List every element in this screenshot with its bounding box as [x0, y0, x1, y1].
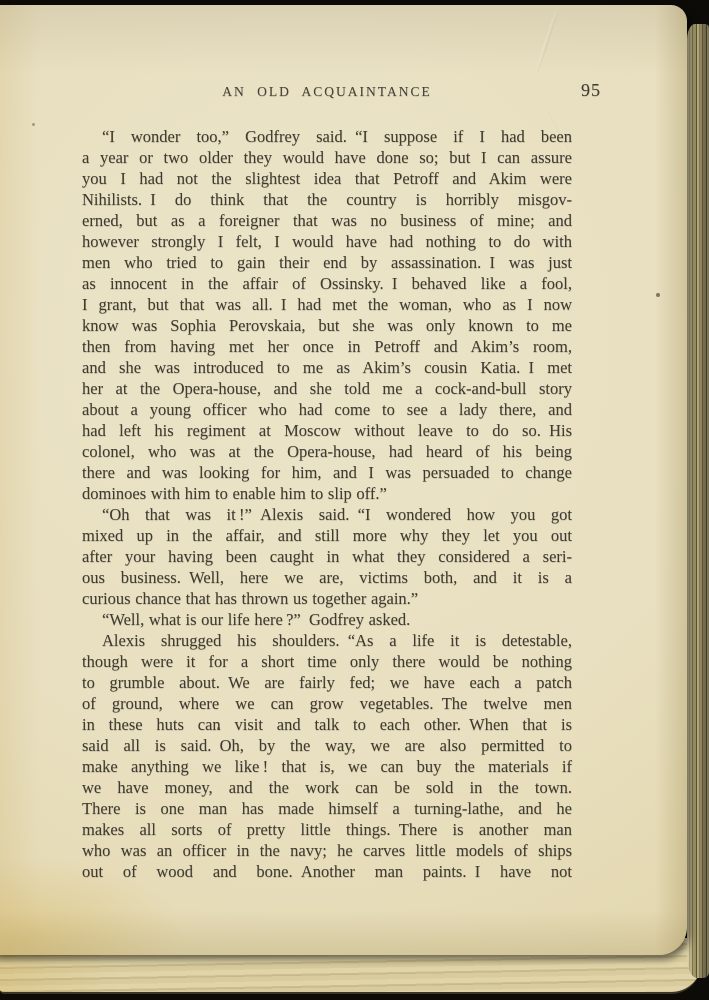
- page-number: 95: [581, 80, 601, 101]
- fore-edge-page-stack: [687, 24, 709, 978]
- text-line: a year or two older they would have done…: [82, 147, 572, 168]
- text-line: men who tried to gain their end by assas…: [82, 252, 572, 273]
- paragraph: “Oh that was it !” Alexis said. “I wonde…: [82, 504, 572, 609]
- paper-speck: [32, 123, 35, 126]
- text-line: said all is said. Oh, by the way, we are…: [82, 735, 572, 756]
- text-line: “Well, what is our life here ?” Godfrey …: [82, 609, 572, 630]
- text-line: there and was looking for him, and I was…: [82, 462, 572, 483]
- text-line: Alexis shrugged his shoulders. “As a lif…: [82, 630, 572, 651]
- paper-speck: [656, 293, 660, 297]
- text-line: makes all sorts of pretty little things.…: [82, 819, 572, 840]
- text-line: of ground, where we can grow vegetables.…: [82, 693, 572, 714]
- text-line: mixed up in the affair, and still more w…: [82, 525, 572, 546]
- text-line: we have money, and the work can be sold …: [82, 777, 572, 798]
- text-line: ous business. Well, here we are, victims…: [82, 567, 572, 588]
- paragraph: Alexis shrugged his shoulders. “As a lif…: [82, 630, 572, 882]
- text-line: her at the Opera-house, and she told me …: [82, 378, 572, 399]
- running-head-title: AN OLD ACQUAINTANCE: [82, 84, 572, 100]
- text-line: make anything we like ! that is, we can …: [82, 756, 572, 777]
- text-line: out of wood and bone. Another man paints…: [82, 861, 572, 882]
- text-line: There is one man has made himself a turn…: [82, 798, 572, 819]
- text-line: erned, but as a foreigner that was no bu…: [82, 210, 572, 231]
- text-line: and she was introduced to me as Akim’s c…: [82, 357, 572, 378]
- text-line: “Oh that was it !” Alexis said. “I wonde…: [82, 504, 572, 525]
- book-page: AN OLD ACQUAINTANCE 95 “I wonder too,” G…: [0, 5, 687, 955]
- text-line: as innocent in the affair of Ossinsky. I…: [82, 273, 572, 294]
- paragraph: “Well, what is our life here ?” Godfrey …: [82, 609, 572, 630]
- text-line: colonel, who was at the Opera-house, had…: [82, 441, 572, 462]
- scanned-book-photo: AN OLD ACQUAINTANCE 95 “I wonder too,” G…: [0, 0, 709, 1000]
- text-line: though were it for a short time only the…: [82, 651, 572, 672]
- text-line: you I had not the slightest idea that Pe…: [82, 168, 572, 189]
- text-line: about a young officer who had come to se…: [82, 399, 572, 420]
- page-text: “I wonder too,” Godfrey said. “I suppose…: [82, 126, 572, 882]
- text-line: I grant, but that was all. I had met the…: [82, 294, 572, 315]
- text-line: who was an officer in the navy; he carve…: [82, 840, 572, 861]
- paragraph: “I wonder too,” Godfrey said. “I suppose…: [82, 126, 572, 504]
- text-line: however strongly I felt, I would have ha…: [82, 231, 572, 252]
- text-line: dominoes with him to enable him to slip …: [82, 483, 572, 504]
- text-line: had left his regiment at Moscow without …: [82, 420, 572, 441]
- text-line: curious chance that has thrown us togeth…: [82, 588, 572, 609]
- text-line: after your having been caught in what th…: [82, 546, 572, 567]
- text-line: know was Sophia Perovskaia, but she was …: [82, 315, 572, 336]
- text-line: “I wonder too,” Godfrey said. “I suppose…: [82, 126, 572, 147]
- text-line: to grumble about. We are fairly fed; we …: [82, 672, 572, 693]
- text-line: then from having met her once in Petroff…: [82, 336, 572, 357]
- text-line: in these huts can visit and talk to each…: [82, 714, 572, 735]
- paper-crease: [534, 6, 560, 76]
- text-line: Nihilists. I do think that the country i…: [82, 189, 572, 210]
